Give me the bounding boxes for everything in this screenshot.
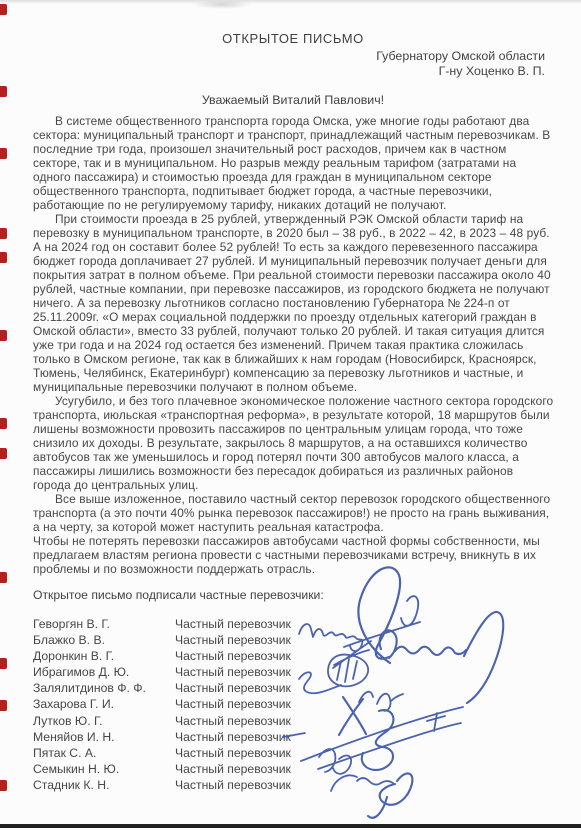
signatory-row: Доронкин В. Г.Частный перевозчик: [33, 648, 463, 664]
addressee-line-2: Г-ну Хоценко В. П.: [33, 64, 545, 79]
scan-edge-mark: [0, 148, 7, 159]
signatory-role: Частный перевозчик: [175, 696, 291, 712]
addressee-block: Губернатору Омской области Г-ну Хоценко …: [33, 49, 545, 79]
signatory-row: Стадник К. Н.Частный перевозчик: [33, 777, 463, 793]
signatory-name: Семыкин Н. Ю.: [33, 761, 175, 777]
body-paragraph: Усугубило, и без того плачевное экономич…: [33, 394, 554, 492]
body-paragraph: Чтобы не потерять перевозки пассажиров а…: [33, 534, 554, 576]
signatory-row: Лутков Ю. Г.Частный перевозчик: [33, 713, 463, 729]
body-paragraph: При стоимости проезда в 25 рублей, утвер…: [33, 212, 554, 394]
body-paragraph: В системе общественного транспорта город…: [33, 114, 554, 212]
signatory-row: Ибрагимов Д. Ю.Частный перевозчик: [33, 664, 463, 680]
addressee-line-1: Губернатору Омской области: [33, 49, 545, 64]
signatory-role: Частный перевозчик: [175, 777, 291, 793]
scan-smudge: [192, 0, 252, 9]
signatory-row: Захарова Г. И.Частный перевозчик: [33, 696, 463, 712]
signatory-row: Меняйов И. Н.Частный перевозчик: [33, 729, 463, 745]
letter-title: ОТКРЫТОЕ ПИСЬМО: [33, 31, 553, 46]
signatory-role: Частный перевозчик: [175, 713, 291, 729]
signatory-row: Геворгян В. Г.Частный перевозчик: [33, 616, 463, 632]
signatory-role: Частный перевозчик: [175, 616, 291, 632]
scan-edge-mark: [0, 658, 7, 669]
signatory-name: Захарова Г. И.: [33, 696, 175, 712]
signatory-name: Залялитдинов Ф. Ф.: [33, 680, 175, 696]
signatory-role: Частный перевозчик: [175, 680, 291, 696]
signatory-name: Ибрагимов Д. Ю.: [33, 664, 175, 680]
scan-top-edge: [0, 0, 581, 4]
signatory-role: Частный перевозчик: [175, 745, 291, 761]
scan-edge-mark: [0, 228, 7, 239]
body-paragraph: Все выше изложенное, поставило частный с…: [33, 492, 554, 534]
scan-edge-mark: [0, 330, 7, 341]
salutation: Уважаемый Виталий Павлович!: [33, 93, 553, 107]
signatory-row: Пятак С. А.Частный перевозчик: [33, 745, 463, 761]
signatory-role: Частный перевозчик: [175, 632, 291, 648]
signatory-name: Блажко В. В.: [33, 632, 175, 648]
signatory-role: Частный перевозчик: [175, 729, 291, 745]
scan-edge-mark: [0, 572, 7, 583]
signatory-name: Стадник К. Н.: [33, 777, 175, 793]
signatory-role: Частный перевозчик: [175, 648, 291, 664]
signatory-name: Доронкин В. Г.: [33, 648, 175, 664]
signatory-role: Частный перевозчик: [175, 761, 291, 777]
signatory-name: Лутков Ю. Г.: [33, 713, 175, 729]
signatory-name: Пятак С. А.: [33, 745, 175, 761]
scan-bottom-edge: [0, 824, 581, 828]
signatory-row: Блажко В. В.Частный перевозчик: [33, 632, 463, 648]
signatory-row: Залялитдинов Ф. Ф.Частный перевозчик: [33, 680, 463, 696]
signatory-row: Семыкин Н. Ю.Частный перевозчик: [33, 761, 463, 777]
signatory-role: Частный перевозчик: [175, 664, 291, 680]
scan-edge-mark: [0, 252, 7, 263]
scan-edge-mark: [0, 448, 7, 459]
signatory-name: Меняйов И. Н.: [33, 729, 175, 745]
letter-body: В системе общественного транспорта город…: [33, 114, 554, 576]
scan-edge-mark: [0, 86, 7, 97]
signature-stroke: [464, 612, 503, 703]
signatory-name: Геворгян В. Г.: [33, 616, 175, 632]
signatories-list: Геворгян В. Г.Частный перевозчикБлажко В…: [33, 616, 463, 793]
scan-edge-mark: [0, 4, 7, 15]
scan-edge-mark: [0, 418, 7, 429]
scan-edge-mark: [0, 700, 7, 711]
scan-edge-mark: [0, 780, 7, 791]
scanned-letter-page: ОТКРЫТОЕ ПИСЬМО Губернатору Омской облас…: [0, 0, 581, 831]
signatories-intro: Открытое письмо подписали частные перево…: [33, 588, 553, 602]
